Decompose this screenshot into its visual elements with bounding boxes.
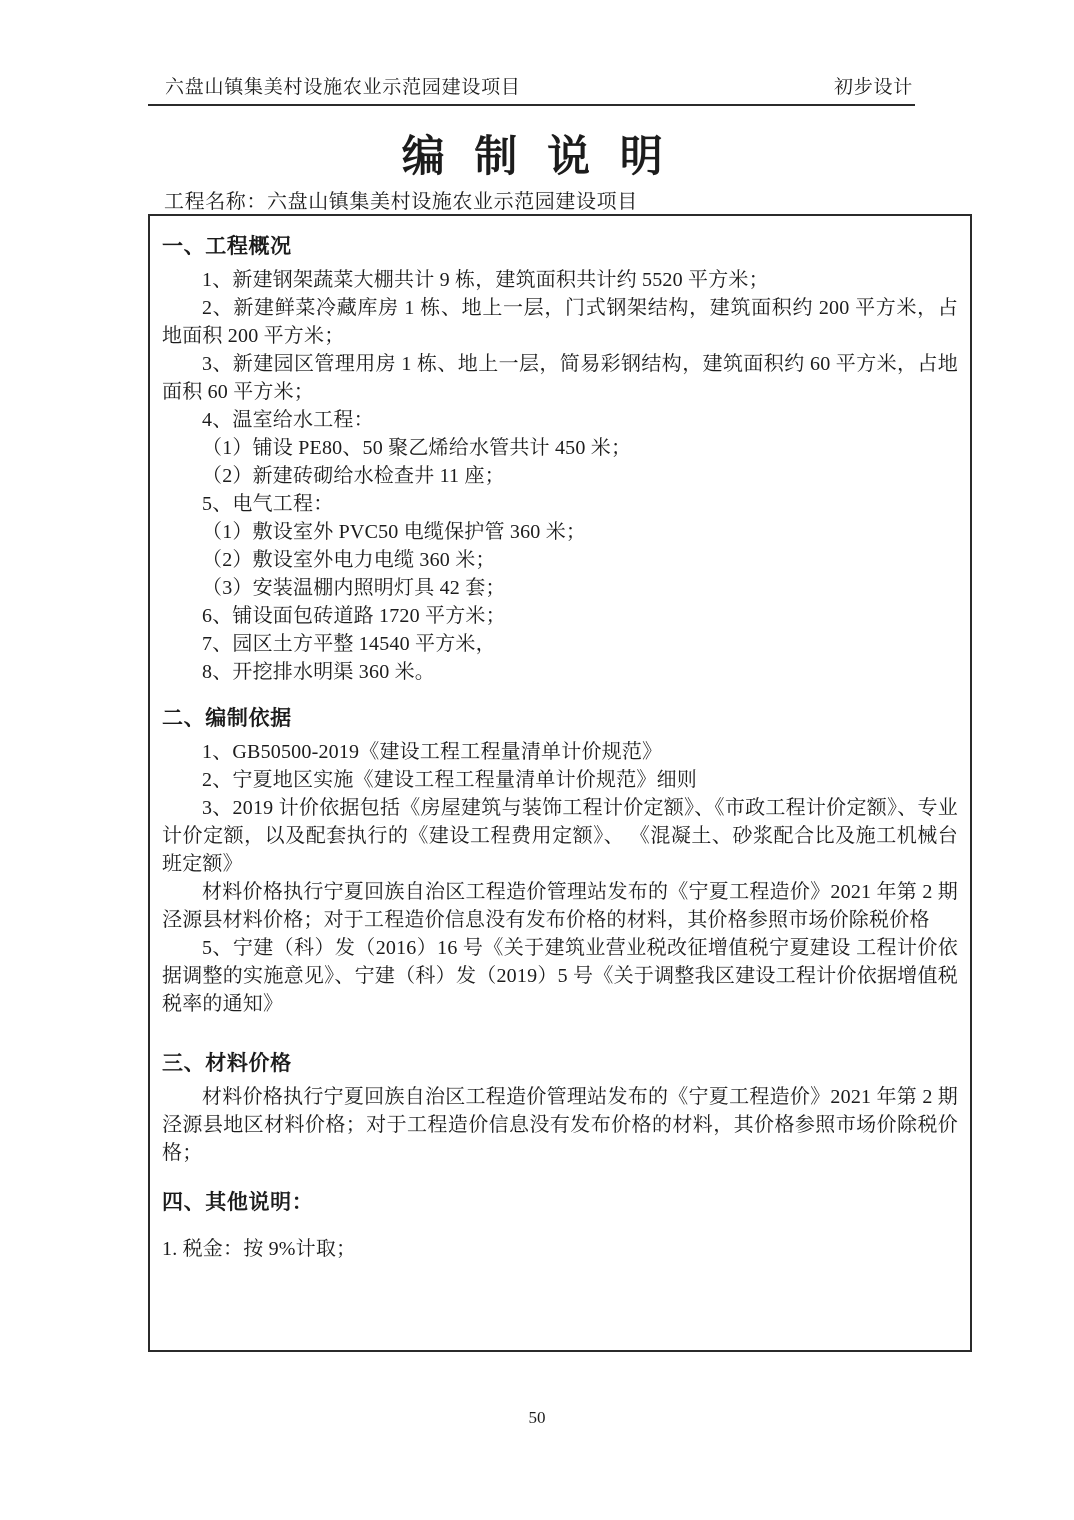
paragraph: 5、电气工程： <box>162 490 958 518</box>
paragraph: 5、宁建（科）发（2016）16 号《关于建筑业营业税改征增值税宁夏建设 工程计… <box>162 934 958 1018</box>
header-right-stage-label: 初步设计 <box>834 72 913 99</box>
document-title: 编 制 说 明 <box>0 123 1074 184</box>
paragraph: （2）敷设室外电力电缆 360 米； <box>162 546 958 574</box>
section-heading-other-notes: 四、其他说明： <box>162 1187 958 1217</box>
paragraph-tax-note: 1. 税金：按 9%计取； <box>162 1235 958 1263</box>
paragraph: 材料价格执行宁夏回族自治区工程造价管理站发布的《宁夏工程造价》2021 年第 2… <box>162 1083 958 1167</box>
content-box: 一、工程概况 1、新建钢架蔬菜大棚共计 9 栋，建筑面积共计约 5520 平方米… <box>148 214 972 1352</box>
project-name-line: 工程名称：六盘山镇集美村设施农业示范园建设项目 <box>164 185 638 214</box>
paragraph: 1、新建钢架蔬菜大棚共计 9 栋，建筑面积共计约 5520 平方米； <box>162 266 958 294</box>
paragraph: 1、GB50500-2019《建设工程工程量清单计价规范》 <box>162 738 958 766</box>
paragraph: 2、宁夏地区实施《建设工程工程量清单计价规范》细则 <box>162 766 958 794</box>
paragraph: 6、铺设面包砖道路 1720 平方米； <box>162 602 958 630</box>
paragraph: 材料价格执行宁夏回族自治区工程造价管理站发布的《宁夏工程造价》2021 年第 2… <box>162 878 958 934</box>
paragraph: 7、园区土方平整 14540 平方米， <box>162 630 958 658</box>
paragraph: 3、2019 计价依据包括《房屋建筑与装饰工程计价定额》、《市政工程计价定额》、… <box>162 794 958 878</box>
page-header: 六盘山镇集美村设施农业示范园建设项目 初步设计 <box>148 72 915 106</box>
header-left-project-title: 六盘山镇集美村设施农业示范园建设项目 <box>165 72 521 99</box>
section-heading-overview: 一、工程概况 <box>162 231 958 261</box>
document-page: 六盘山镇集美村设施农业示范园建设项目 初步设计 编 制 说 明 工程名称：六盘山… <box>0 0 1074 1520</box>
paragraph: （2）新建砖砌给水检查井 11 座； <box>162 462 958 490</box>
section-heading-material-prices: 三、材料价格 <box>162 1048 958 1078</box>
paragraph: （1）敷设室外 PVC50 电缆保护管 360 米； <box>162 518 958 546</box>
paragraph: （3）安装温棚内照明灯具 42 套； <box>162 574 958 602</box>
paragraph: 4、温室给水工程： <box>162 406 958 434</box>
section-heading-basis: 二、编制依据 <box>162 703 958 733</box>
paragraph: 2、新建鲜菜冷藏库房 1 栋、地上一层，门式钢架结构，建筑面积约 200 平方米… <box>162 294 958 350</box>
paragraph: 3、新建园区管理用房 1 栋、地上一层，简易彩钢结构，建筑面积约 60 平方米，… <box>162 350 958 406</box>
paragraph: 8、开挖排水明渠 360 米。 <box>162 658 958 686</box>
paragraph: （1）铺设 PE80、50 聚乙烯给水管共计 450 米； <box>162 434 958 462</box>
page-number: 50 <box>0 1408 1074 1428</box>
